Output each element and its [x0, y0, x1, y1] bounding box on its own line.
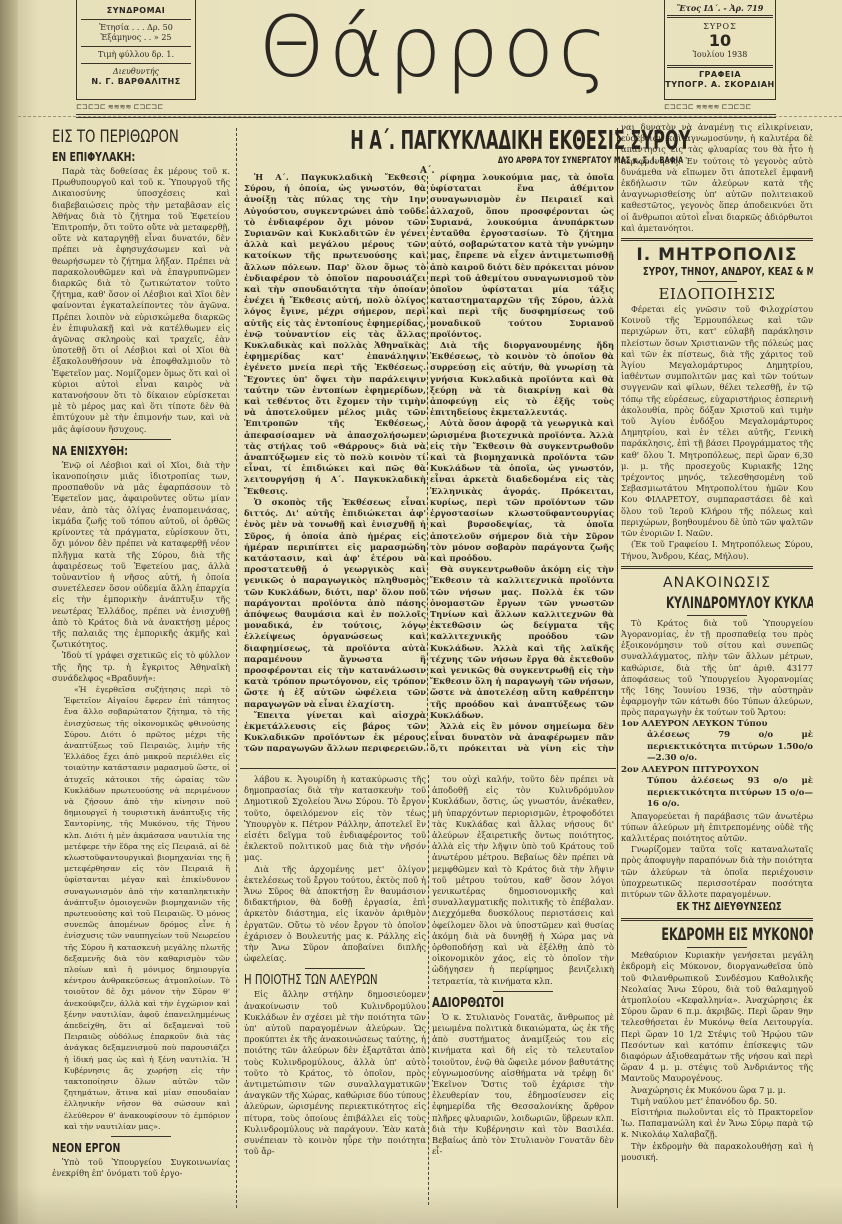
article-paragraph: Αὐτὰ ὅσον ἀφορᾷ τὰ γεωργικὰ καὶ ὡρισμένα…	[430, 418, 614, 564]
article-heading: ΝΕΟΝ ΕΡΓΟΝ	[52, 1141, 191, 1156]
director-name: Ν. Γ. ΒΑΡΘΑΛΙΤΗΣ	[77, 77, 195, 87]
flour-type-label: 2ον	[621, 765, 639, 775]
excursion-paragraph: Τὴν ἐκδρομὴν θὰ παρακολουθήσῃ καὶ ἡ μουσ…	[621, 1141, 813, 1163]
horizontal-rule	[240, 768, 616, 769]
divider	[667, 65, 773, 68]
ornament-divider	[621, 238, 813, 241]
article-heading: Η ΠΟΙΟΤΗΣ ΤΩΝ ΑΛΕΥΡΩΝ	[244, 973, 386, 988]
divider	[81, 46, 191, 47]
flour-type-2: 2ον ΑΛΕΥΡΟΝ ΠΙΤΥΡΟΥΧΟΝ Τύπου ἀλέσεως 93 …	[621, 765, 813, 811]
excursion-paragraph: Τιμὴ ναύλου μετ' ἐπανόδου δρ. 50.	[621, 1096, 813, 1107]
divider	[697, 281, 737, 282]
flour-type-desc: ἀλέσεως 79 ο/ο μὲ περιεκτικότητα πιτύρων…	[621, 730, 813, 765]
article-paragraph: Ἰδοὺ τί γράφει σχετικῶς εἰς τὸ φύλλον τῆ…	[52, 650, 230, 684]
divider	[687, 615, 747, 616]
quoted-text: «Ἡ ἐγερθεῖσα συζήτησις περὶ τὸ Ἐφετεῖον …	[52, 684, 230, 1132]
divider	[687, 947, 747, 948]
metropolis-title: Ι. ΜΗΤΡΟΠΟΛΙΣ	[621, 245, 813, 265]
flour-type-desc: Τύπου ἀλέσεως 93 ο/ο μὲ περιεκτικότητα π…	[621, 776, 813, 811]
divider	[111, 1136, 171, 1137]
byline: ΔΥΟ ΑΡΘΡΑ ΤΟΥ ΣΥΝΕΡΓΑΤΟΥ ΜΑΣ κ. Σ. Ι. ΒΑ…	[436, 156, 616, 167]
column-rule	[617, 128, 618, 1208]
ornament-border-left: ⊏⊐⊏⊐⊏ ≋≋≋≋ ⊏⊐⊏⊐⊏	[76, 103, 196, 111]
article-paragraph: Διὰ τῆς ἀρχομένης μετ' ὀλίγον ἐκτελέσεως…	[244, 864, 426, 965]
main-article-column-2: ρίφημα λουκούμια μας, τὰ ὁποῖα ὑφίσταται…	[430, 172, 614, 752]
article-paragraph: Ὁ κ. Στυλιανὸς Γονατᾶς, ἄνθρωπος μὲ μειω…	[432, 1012, 614, 1158]
article-paragraph: ρίφημα λουκούμια μας, τὰ ὁποῖα ὑφίσταται…	[430, 172, 614, 340]
ornament-border-right: ⊏⊐⊏⊐⊏ ≋≋≋≋ ⊏⊐⊏⊐⊏	[664, 103, 776, 111]
flour-type-1: 1ον ΑΛΕΥΡΟΝ ΛΕΥΚΟΝ Τύπου ἀλέσεως 79 ο/ο …	[621, 719, 813, 765]
bottom-shadow	[0, 1186, 842, 1224]
mill-notice-subtitle: ΚΥΛΙΝΔΡΟΜΥΛΟΥ ΚΥΚΛΑΔΩΝ	[666, 593, 813, 613]
divider	[667, 15, 773, 18]
ornament-divider	[621, 918, 813, 921]
divider	[111, 439, 171, 440]
article-heading: ΝΑ ΕΝΙΣΧΥΘΗ:	[52, 444, 191, 459]
flour-type-name: ΑΛΕΥΡΟΝ ΠΙΤΥΡΟΥΧΟΝ	[641, 765, 759, 775]
flour-type-name: ΑΛΕΥΡΟΝ ΛΕΥΚΟΝ	[641, 719, 734, 729]
metropolis-header: Ι. ΜΗΤΡΟΠΟΛΙΣ ΣΥΡΟΥ, ΤΗΝΟΥ, ΑΝΔΡΟΥ, ΚΕΑΣ…	[621, 245, 813, 304]
year-number: Ἔτος ΙΔ΄. - Ἀρ. 719	[665, 3, 775, 13]
excursion-header: ΕΚΔΡΟΜΗ ΕΙΣ ΜΥΚΟΝΟΝ	[621, 925, 813, 948]
subscription-box: ΣΥΝΔΡΟΜΑΙ Ἐτησία . . . Δρ. 50 Ἑξάμηνος .…	[76, 0, 196, 100]
article-paragraph: Ὁ σκοπὸς τῆς Ἐκθέσεως εἶναι διττός. Δι' …	[244, 497, 426, 710]
bottom-middle-column-2: του οὐχὶ καλήν, τοῦτο δὲν πρέπει νὰ ἀποδ…	[432, 774, 614, 1214]
flour-type-label: 1ον	[621, 719, 639, 729]
subscription-heading: ΣΥΝΔΡΟΜΑΙ	[77, 6, 195, 16]
article-paragraph: λάβου κ. Ἀγουρίδη ἡ κατακύρωσις τῆς δημο…	[244, 774, 426, 864]
section-title: ΕΙΣ ΤΟ ΠΕΡΙΘΩΡΟΝ	[52, 126, 191, 148]
left-column: ΕΙΣ ΤΟ ΠΕΡΙΘΩΡΟΝ ΕΝ ΕΠΙΦΥΛΑΚΗ: Παρὰ τὰς …	[52, 122, 230, 1224]
binding-shadow	[0, 0, 18, 1224]
notice-paragraph: Γνωρίζομεν ταῦτα τοῖς καταναλωταῖς πρὸς …	[621, 844, 813, 900]
mill-notice-title: ΑΝΑΚΟΙΝΩΣΙΣ	[621, 573, 813, 593]
article-heading: ΕΝ ΕΠΙΦΥΛΑΚΗ:	[52, 150, 191, 165]
article-paragraph: Ἀλλὰ εἰς ἓν μόνον σημείωμα δὲν εἶναι δυν…	[430, 721, 614, 752]
excursion-paragraph: Εἰσιτήρια πωλοῦνται εἰς τὸ Πρακτορεῖον Ἰ…	[621, 1107, 813, 1141]
issue-day: 10	[665, 32, 775, 50]
masthead: ΣΥΝΔΡΟΜΑΙ Ἐτησία . . . Δρ. 50 Ἑξάμηνος .…	[0, 0, 842, 112]
divider	[493, 991, 553, 992]
excursion-paragraph: Ἀναχώρησις ἐκ Μυκόνου ὥρα 7 μ. μ.	[621, 1085, 813, 1096]
issue-box: Ἔτος ΙΔ΄. - Ἀρ. 719 ΣΥΡΟΣ 10 Ἰουλίου 193…	[664, 0, 776, 100]
column-rule	[428, 775, 429, 1205]
article-paragraph: Ἔπειτα γίνεται καὶ αἰσχρὰ ἐκμετάλλευσις …	[244, 710, 426, 752]
article-paragraph: Παρὰ τὰς δοθείσας ἐκ μέρους τοῦ κ. Πρωθυ…	[52, 166, 230, 435]
main-article-column-1: Ἡ Α΄. Παγκυκλαδικὴ Ἔκθεσις Σύρου, ἡ ὁποί…	[244, 172, 426, 752]
article-paragraph: Θὰ συγκεντρωθοῦν ἀκόμη εἰς τὴν Ἔκθεσιν τ…	[430, 564, 614, 721]
masthead-rule	[76, 114, 776, 118]
notice-signature: ΕΚ ΤΗΣ ΔΙΕΥΘΥΝΣΕΩΣ	[621, 900, 813, 914]
notice-intro: Τὸ Κράτος διὰ τοῦ Ὑπουργείου Ἀγορανομίας…	[621, 618, 813, 719]
mill-notice-header: ΑΝΑΚΟΙΝΩΣΙΣ ΚΥΛΙΝΔΡΟΜΥΛΟΥ ΚΥΚΛΑΔΩΝ	[621, 573, 813, 616]
article-heading: ΑΔΙΟΡΘΩΤΟΙ	[432, 996, 574, 1011]
annual-price: Ἐτησία . . . Δρ. 50	[77, 23, 195, 33]
metropolis-subtitle: ΣΥΡΟΥ, ΤΗΝΟΥ, ΑΝΔΡΟΥ, ΚΕΑΣ & ΜΗΛΟΥ	[643, 265, 813, 279]
bottom-middle-column-1: λάβου κ. Ἀγουρίδη ἡ κατακύρωσις τῆς δημο…	[244, 774, 426, 1214]
excursion-paragraph: Μεθαύριον Κυριακὴν γενήσεται μεγάλη ἐκδρ…	[621, 950, 813, 1084]
column-rule	[427, 176, 428, 751]
article-paragraph: Ἐνῷ οἱ Λέσβιοι καὶ οἱ Χῖοι, διὰ τὴν ἱκαν…	[52, 460, 230, 650]
divider	[81, 19, 191, 20]
article-paragraph: Εἰς ἄλλην στήλην δημοσιεύομεν ἀνακοίνωσι…	[244, 989, 426, 1157]
article-paragraph: ναι δυνατὸν νὰ ἀναμένῃ τις εἰλικρίνειαν,…	[621, 122, 813, 234]
article-paragraph: Ἡ Α΄. Παγκυκλαδικὴ Ἔκθεσις Σύρου, ἡ ὁποί…	[244, 172, 426, 497]
quote-paragraph: «Ἡ ἐγερθεῖσα συζήτησις περὶ τὸ Ἐφετεῖον …	[52, 684, 230, 1132]
notice-paragraph: Ἀπαγορεύεται ἡ παράβασις τῶν ἀνωτέρω τύπ…	[621, 811, 813, 845]
director-label: Διευθυντής	[77, 67, 195, 77]
issue-month-year: Ἰουλίου 1938	[665, 50, 775, 60]
semiannual-price: Ἑξάμηνος . . » 25	[77, 33, 195, 43]
ornament-divider	[621, 566, 813, 569]
divider	[305, 968, 365, 969]
notice-body: Φέρεται εἰς γνῶσιν τοῦ Φιλοχρίστου Κοινο…	[621, 304, 813, 539]
newspaper-title: Θάρρος	[235, 2, 635, 94]
printer: ΤΥΠΟΓΡ. Α. ΣΚΟΡΔΙΑΗ	[665, 80, 775, 90]
issue-price: Τιμὴ φύλλου δρ. 1.	[77, 50, 195, 60]
notice-footer: (Ἐκ τοῦ Γραφείου Ι. Μητροπόλεως Σύρου, Τ…	[621, 539, 813, 561]
article-paragraph: του οὐχὶ καλήν, τοῦτο δὲν πρέπει νὰ ἀποδ…	[432, 774, 614, 987]
main-headline: Η Α΄. ΠΑΓΚΥΚΛΑΔΙΚΗ ΕΚΘΕΣΙΣ ΣΥΡΟΥ	[246, 126, 616, 156]
excursion-title: ΕΚΔΡΟΜΗ ΕΙΣ ΜΥΚΟΝΟΝ	[661, 925, 813, 945]
newspaper-page: ΣΥΝΔΡΟΜΑΙ Ἐτησία . . . Δρ. 50 Ἑξάμηνος .…	[0, 0, 842, 1224]
column-rule	[236, 128, 237, 1208]
flour-type-lead: Τύπου	[737, 719, 767, 729]
offices-label: ΓΡΑΦΕΙΑ	[665, 70, 775, 80]
article-paragraph: Ὑπὸ τοῦ Ὑπουργείου Συγκοινωνίας ἐνεκρίθη…	[52, 1157, 230, 1179]
notice-heading: ΕΙΔΟΠΟΙΗΣΙΣ	[621, 284, 813, 304]
right-column: ναι δυνατὸν νὰ ἀναμένῃ τις εἰλικρίνειαν,…	[621, 122, 813, 1212]
article-paragraph: Διὰ τῆς διοργανουμένης ἤδη Ἐκθέσεως, τὸ …	[430, 340, 614, 418]
divider	[81, 63, 191, 64]
